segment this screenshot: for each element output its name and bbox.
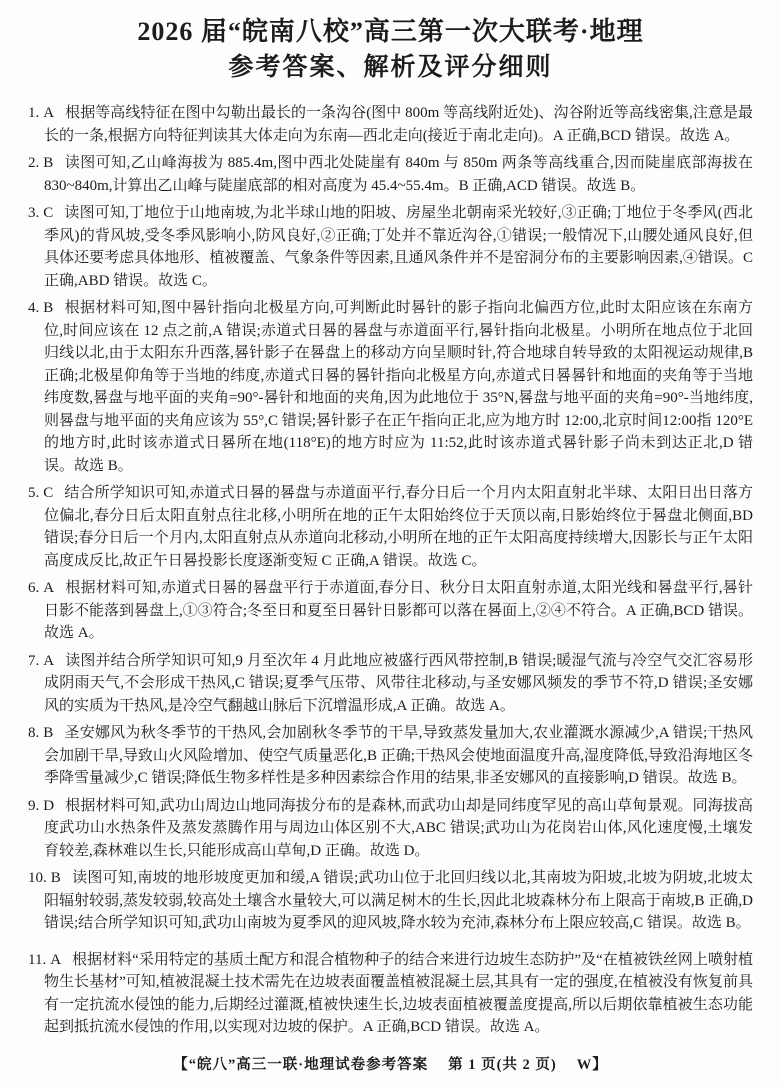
item-number: 1. — [28, 105, 39, 121]
item-number: 5. — [28, 485, 39, 501]
title-block: 2026 届“皖南八校”高三第一次大联考·地理 参考答案、解析及评分细则 — [0, 0, 781, 86]
item-answer: A — [50, 952, 61, 968]
answer-item: 2.B读图可知,乙山峰海拔为 885.4m,图中西北处陡崖有 840m 与 85… — [28, 152, 753, 197]
answer-item: 10.B读图可知,南坡的地形坡度更加和缓,A 错误;武功山位于北回归线以北,其南… — [28, 867, 753, 935]
item-answer: C — [43, 205, 53, 221]
item-number: 10. — [28, 870, 47, 886]
item-explanation-text: 结合所学知识可知,赤道式日晷的晷盘与赤道面平行,春分日后一个月内太阳直射北半球、… — [44, 485, 753, 569]
item-explanation-text: 根据材料可知,武功山周边山地同海拔分布的是森林,而武功山却是同纬度罕见的高山草甸… — [44, 798, 753, 859]
answer-item: 6.A根据材料可知,赤道式日晷的晷盘平行于赤道面,春分日、秋分日太阳直射赤道,太… — [28, 577, 753, 645]
answer-sheet-page: 2026 届“皖南八校”高三第一次大联考·地理 参考答案、解析及评分细则 1.A… — [0, 0, 781, 1087]
item-number: 9. — [28, 798, 39, 814]
footer-exam-label: 【“皖八”高三一联·地理试卷参考答案 — [173, 1057, 428, 1073]
page-subtitle: 参考答案、解析及评分细则 — [0, 50, 781, 86]
item-explanation-text: 读图可知,乙山峰海拔为 885.4m,图中西北处陡崖有 840m 与 850m … — [44, 155, 753, 194]
item-answer: A — [43, 105, 54, 121]
item-answer: A — [43, 580, 54, 596]
item-explanation-text: 根据材料“采用特定的基质土配方和混合植物种子的结合来进行边坡生态防护”及“在植被… — [44, 952, 753, 1036]
answer-item: 9.D根据材料可知,武功山周边山地同海拔分布的是森林,而武功山却是同纬度罕见的高… — [28, 795, 753, 863]
answer-item: 8.B圣安娜风为秋冬季节的干热风,会加剧秋冬季节的干旱,导致蒸发量加大,农业灌溉… — [28, 722, 753, 790]
answer-list: 1.A根据等高线特征在图中勾勒出最长的一条沟谷(图中 800m 等高线附近处)、… — [28, 102, 753, 1039]
item-number: 6. — [28, 580, 39, 596]
answer-item: 4.B根据材料可知,图中晷针指向北极星方向,可判断此时晷针的影子指向北偏西方位,… — [28, 297, 753, 477]
item-explanation-text: 读图可知,丁地位于山地南坡,为北半球山地的阳坡、房屋坐北朝南采光较好,③正确;丁… — [44, 205, 753, 289]
answer-item: 3.C读图可知,丁地位于山地南坡,为北半球山地的阳坡、房屋坐北朝南采光较好,③正… — [28, 202, 753, 292]
item-answer: B — [43, 300, 53, 316]
answer-item: 5.C结合所学知识可知,赤道式日晷的晷盘与赤道面平行,春分日后一个月内太阳直射北… — [28, 482, 753, 572]
answer-item: 11.A根据材料“采用特定的基质土配方和混合植物种子的结合来进行边坡生态防护”及… — [28, 949, 753, 1039]
footer-version: W】 — [577, 1057, 608, 1073]
item-number: 8. — [28, 725, 39, 741]
item-number: 2. — [28, 155, 39, 171]
page-footer: 【“皖八”高三一联·地理试卷参考答案第 1 页(共 2 页)W】 — [0, 1053, 781, 1074]
item-number: 4. — [28, 300, 39, 316]
item-answer: D — [43, 798, 54, 814]
answer-item: 1.A根据等高线特征在图中勾勒出最长的一条沟谷(图中 800m 等高线附近处)、… — [28, 102, 753, 147]
item-explanation-text: 读图并结合所学知识可知,9 月至次年 4 月此地应被盛行西风带控制,B 错误;暖… — [44, 653, 753, 714]
item-explanation-text: 根据材料可知,图中晷针指向北极星方向,可判断此时晷针的影子指向北偏西方位,此时太… — [44, 300, 753, 474]
item-answer: B — [43, 155, 53, 171]
item-explanation-text: 根据材料可知,赤道式日晷的晷盘平行于赤道面,春分日、秋分日太阳直射赤道,太阳光线… — [44, 580, 753, 641]
footer-page-number: 第 1 页(共 2 页) — [448, 1057, 557, 1073]
page-title: 2026 届“皖南八校”高三第一次大联考·地理 — [0, 14, 781, 50]
item-answer: C — [43, 485, 53, 501]
item-number: 11. — [28, 952, 46, 968]
item-number: 3. — [28, 205, 39, 221]
answer-item: 7.A读图并结合所学知识可知,9 月至次年 4 月此地应被盛行西风带控制,B 错… — [28, 650, 753, 718]
item-explanation-text: 读图可知,南坡的地形坡度更加和缓,A 错误;武功山位于北回归线以北,其南坡为阳坡… — [44, 870, 753, 931]
item-answer: A — [43, 653, 54, 669]
item-explanation-text: 根据等高线特征在图中勾勒出最长的一条沟谷(图中 800m 等高线附近处)、沟谷附… — [44, 105, 753, 144]
item-number: 7. — [28, 653, 39, 669]
item-explanation-text: 圣安娜风为秋冬季节的干热风,会加剧秋冬季节的干旱,导致蒸发量加大,农业灌溉水源减… — [44, 725, 753, 786]
item-answer: B — [51, 870, 61, 886]
item-answer: B — [43, 725, 53, 741]
